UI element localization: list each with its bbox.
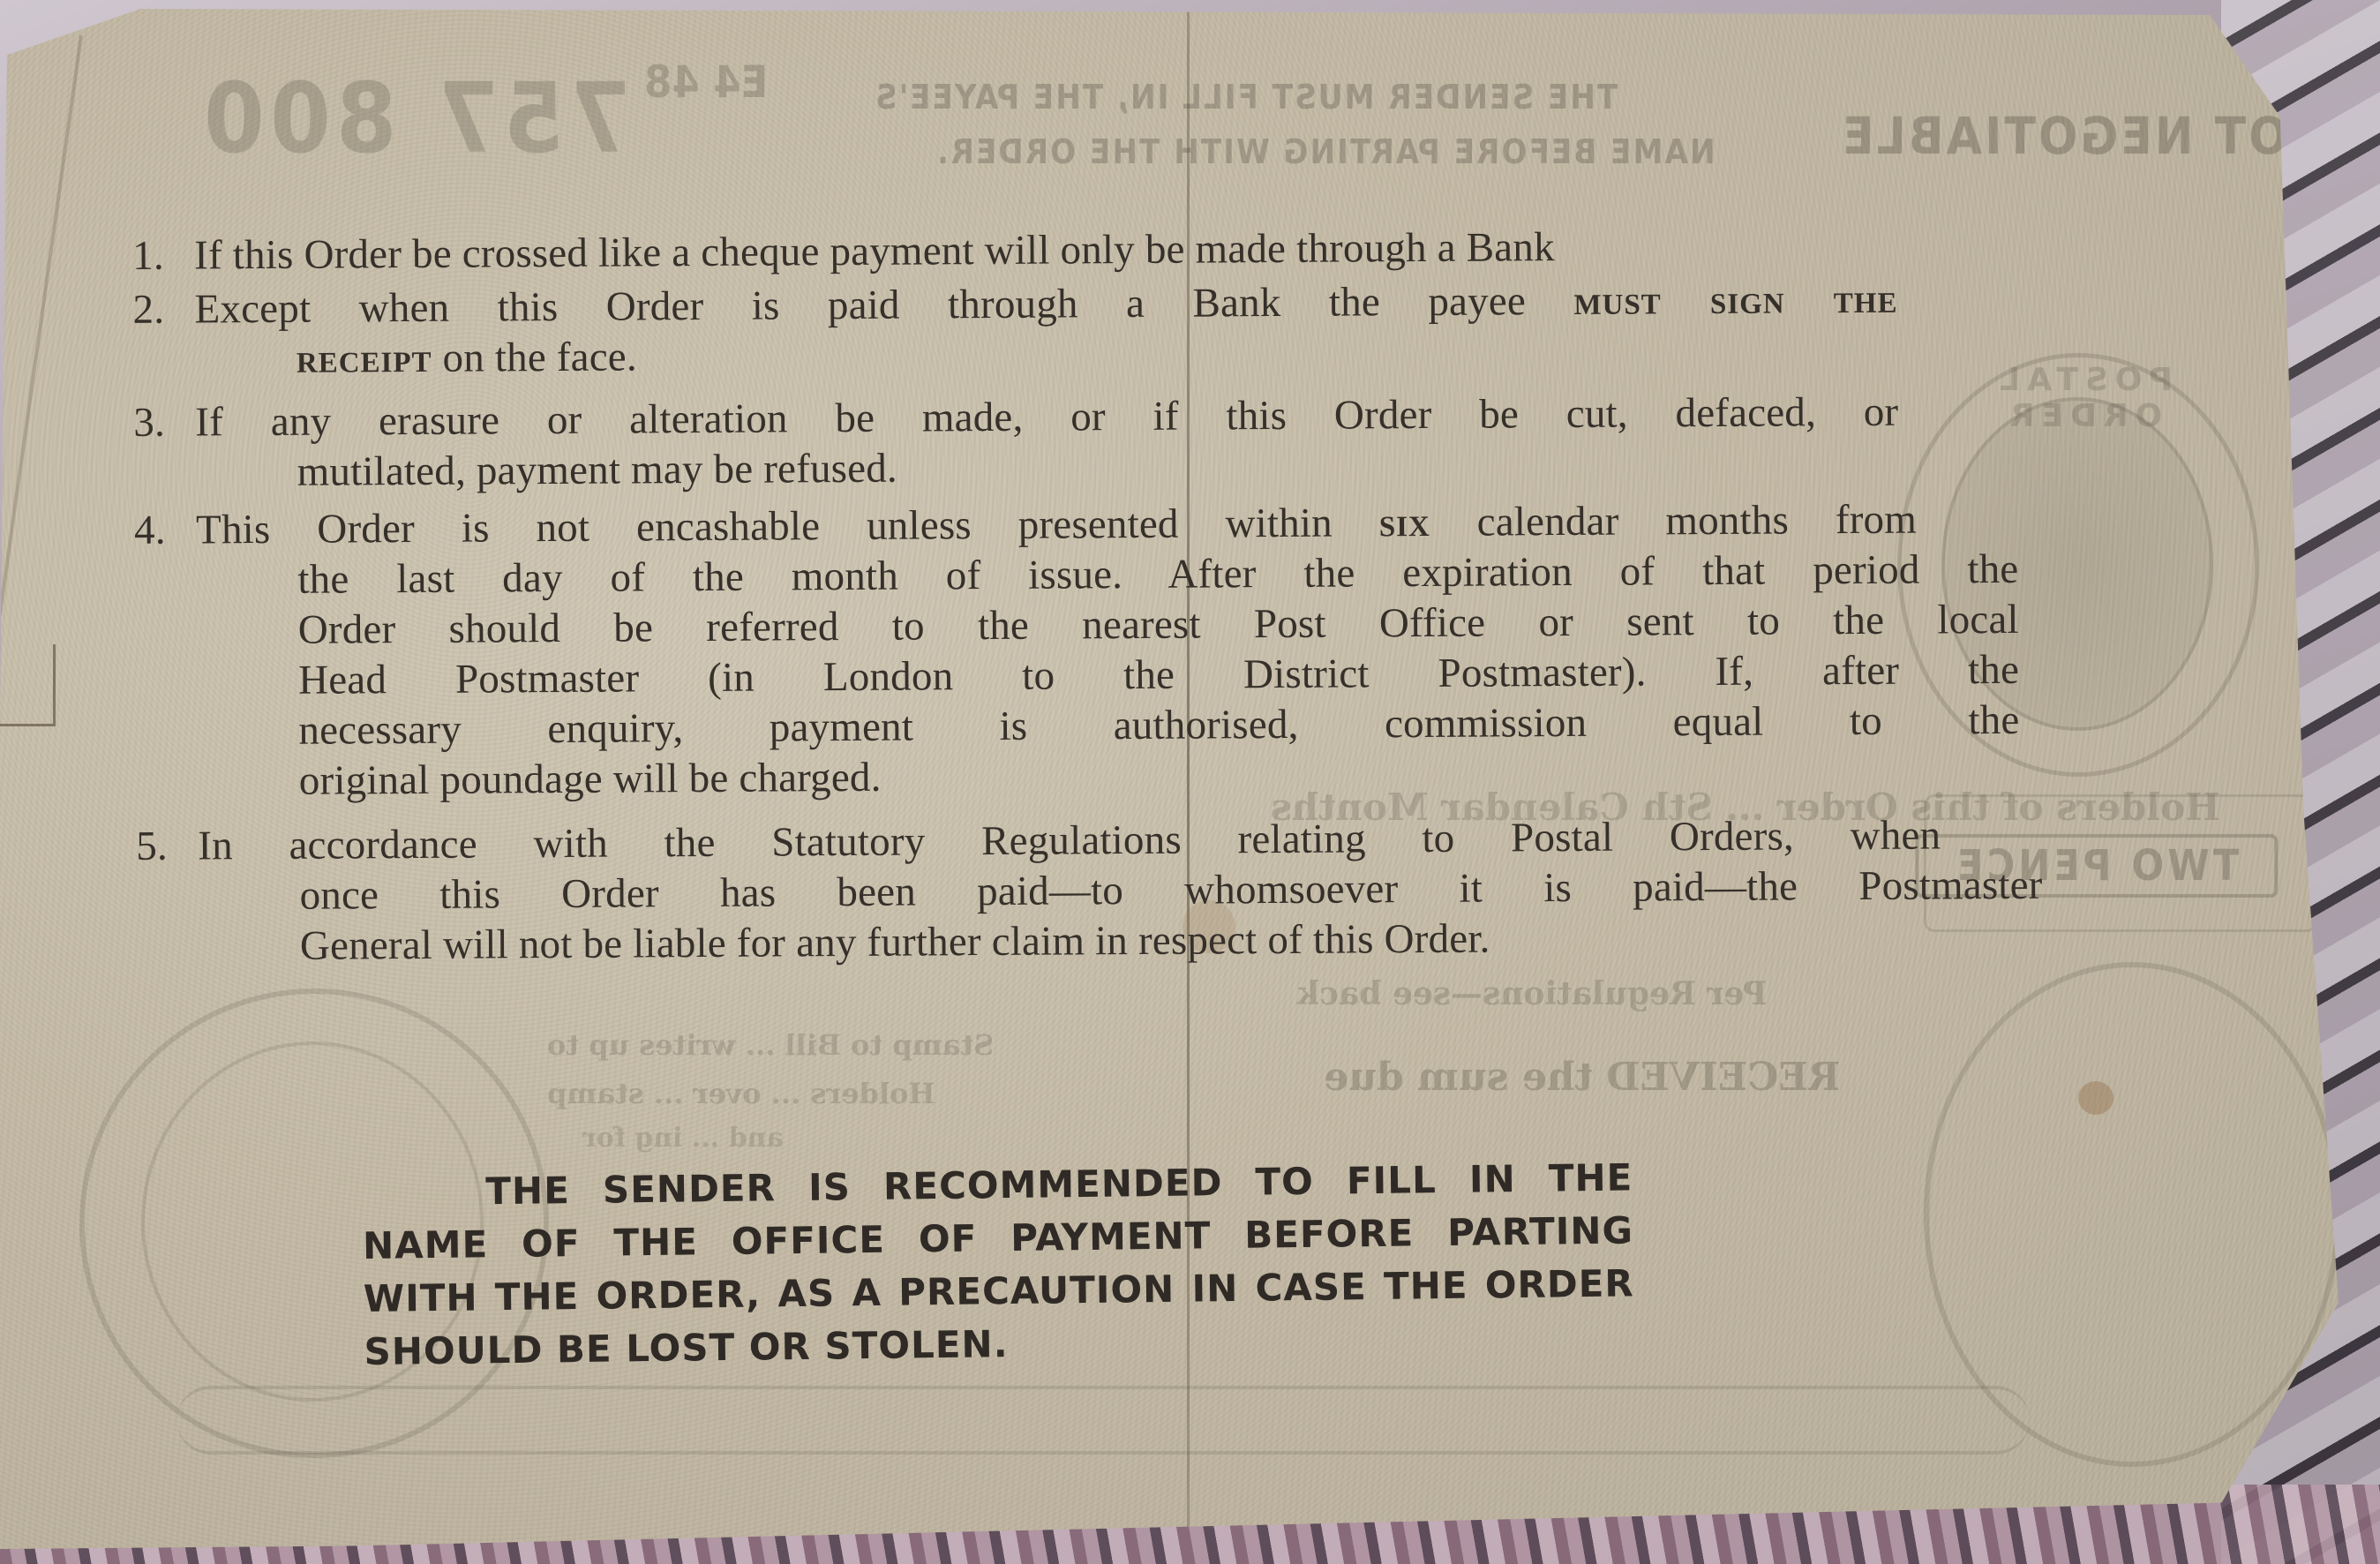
condition-emphasis: receipt [297, 335, 432, 382]
serial-number-showthrough: 757 800 [199, 62, 631, 175]
sender-notice: THE SENDER IS RECOMMENDED TO FILL IN THE… [362, 1151, 1635, 1379]
condition-number: 3. [133, 398, 165, 448]
header-line-2-showthrough: NAME BEFORE PARTING WITH THE ORDER. [935, 132, 1716, 171]
condition-item: 5. In accordance with the Statutory Regu… [127, 811, 1893, 973]
condition-item: 1. If this Order be crossed like a chequ… [124, 221, 1888, 282]
condition-line: Except when this Order is paid through a… [194, 274, 1897, 335]
serial-prefix-showthrough: E4 48 [644, 57, 768, 107]
condition-number: 2. [132, 285, 164, 335]
not-negotiable-showthrough: NOT NEGOTIABLE [1840, 106, 2329, 166]
condition-emphasis: must sign the [1573, 276, 1897, 324]
condition-text: on the face. [442, 334, 637, 380]
photo-scene: 757 800 E4 48 THE SENDER MUST FILL IN, T… [0, 0, 2380, 1564]
received-showthrough: RECEIVED the sum due [1324, 1055, 1840, 1100]
header-line-1-showthrough: THE SENDER MUST FILL IN, THE PAYEE'S [874, 78, 1618, 117]
condition-line: mutilated, payment may be refused. [196, 437, 2001, 498]
condition-line: original poundage will be charged. [198, 746, 2020, 808]
condition-text: calendar months from [1477, 497, 1918, 545]
condition-number: 4. [134, 506, 166, 556]
faint-line-showthrough: and ... ing for [582, 1123, 784, 1154]
condition-line: If this Order be crossed like a cheque p… [194, 221, 1897, 282]
condition-number: 1. [132, 231, 164, 282]
fold-crease-left [0, 35, 83, 735]
faint-line-showthrough: Holders ... over ... stamp [547, 1077, 935, 1110]
stain-mark [2078, 1081, 2113, 1115]
condition-text: This Order is not encashable unless pres… [196, 500, 1333, 553]
condition-emphasis: six [1379, 500, 1430, 545]
condition-number: 5. [136, 822, 168, 872]
decorative-wave-band [176, 1386, 2030, 1455]
condition-text: Except when this Order is paid through a… [194, 278, 1526, 332]
condition-item: 2. Except when this Order is paid throug… [124, 274, 1889, 386]
regulations-showthrough: Per Regulations—see back [1297, 975, 1767, 1012]
conditions-list: 1. If this Order be crossed like a chequ… [124, 221, 1893, 983]
condition-item: 4. This Order is not encashable unless p… [125, 495, 1892, 808]
condition-line: receipt on the face. [195, 324, 2000, 385]
condition-line: General will not be liable for any furth… [199, 911, 2043, 973]
condition-item: 3. If any erasure or alteration be made,… [124, 387, 1890, 499]
torn-edge [0, 644, 56, 726]
condition-line: If any erasure or alteration be made, or… [195, 387, 1898, 448]
faint-line-showthrough: Stamp to Bill ... writes up to [547, 1028, 994, 1062]
